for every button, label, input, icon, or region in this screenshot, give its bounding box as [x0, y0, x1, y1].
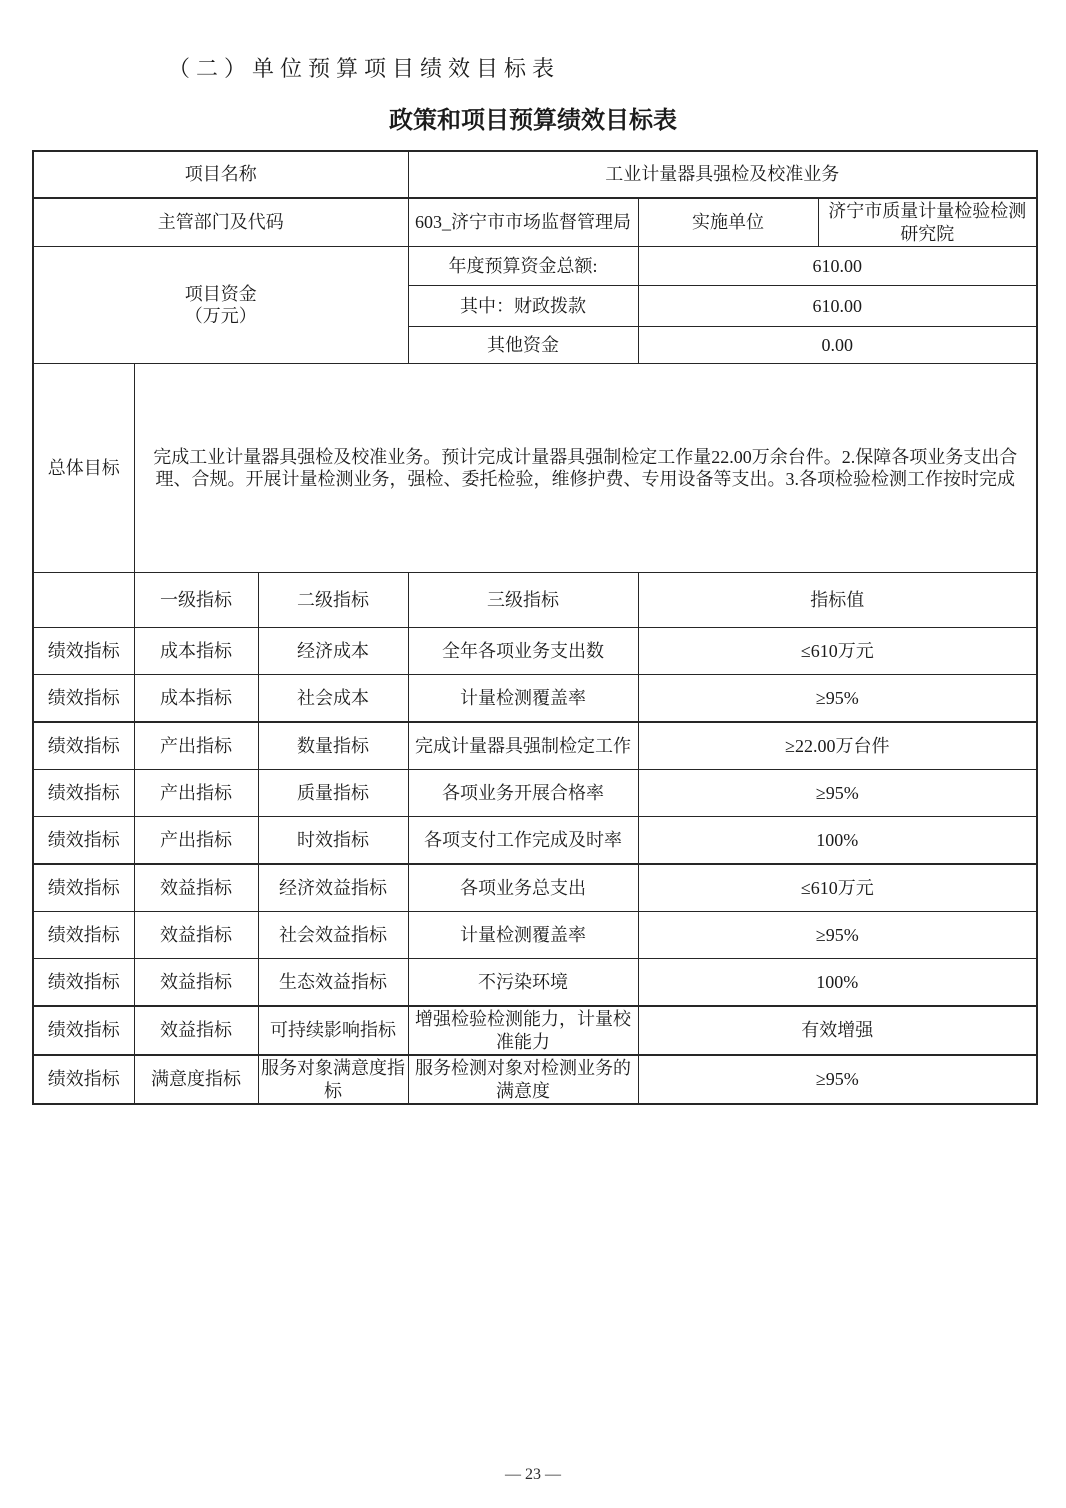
page-number: — 23 — — [0, 1466, 1066, 1484]
table-header-row: 一级指标 二级指标 三级指标 指标值 — [33, 573, 1037, 628]
cell-category: 绩效指标 — [33, 722, 134, 770]
cell-funds-label: 项目资金 （万元） — [33, 247, 408, 364]
section-heading: （二）单位预算项目绩效目标表 — [168, 52, 560, 83]
cell-value: 100% — [638, 817, 1037, 865]
cell-header-level1: 一级指标 — [134, 573, 258, 628]
cell-level3: 不污染环境 — [408, 959, 638, 1007]
cell-level1: 成本指标 — [134, 628, 258, 675]
cell-category: 绩效指标 — [33, 959, 134, 1007]
cell-budget-total-value: 610.00 — [638, 247, 1037, 286]
document-page: （二）单位预算项目绩效目标表 政策和项目预算绩效目标表 项目名称 工业计量器具强… — [0, 0, 1066, 1508]
table-row: 绩效指标 产出指标 时效指标 各项支付工作完成及时率 100% — [33, 817, 1037, 865]
cell-level3: 计量检测覆盖率 — [408, 675, 638, 723]
cell-level1: 效益指标 — [134, 1006, 258, 1055]
cell-value: ≥95% — [638, 770, 1037, 817]
cell-level2: 可持续影响指标 — [258, 1006, 408, 1055]
cell-overall-goal-text: 完成工业计量器具强检及校准业务。预计完成计量器具强制检定工作量22.00万余台件… — [134, 364, 1037, 573]
cell-budget-total-label: 年度预算资金总额: — [408, 247, 638, 286]
cell-level2: 社会效益指标 — [258, 912, 408, 959]
cell-dept-label: 主管部门及代码 — [33, 198, 408, 247]
cell-project-name-label: 项目名称 — [33, 151, 408, 198]
cell-category: 绩效指标 — [33, 770, 134, 817]
cell-level3: 各项支付工作完成及时率 — [408, 817, 638, 865]
cell-level1: 效益指标 — [134, 959, 258, 1007]
cell-project-name-value: 工业计量器具强检及校准业务 — [408, 151, 1037, 198]
funds-label-line1: 项目资金 — [36, 283, 406, 306]
cell-level2: 经济效益指标 — [258, 864, 408, 912]
cell-category: 绩效指标 — [33, 912, 134, 959]
cell-level3: 各项业务开展合格率 — [408, 770, 638, 817]
cell-value: ≥95% — [638, 1055, 1037, 1104]
cell-level2: 时效指标 — [258, 817, 408, 865]
cell-level2: 质量指标 — [258, 770, 408, 817]
cell-level3: 全年各项业务支出数 — [408, 628, 638, 675]
cell-other-value: 0.00 — [638, 327, 1037, 364]
cell-category: 绩效指标 — [33, 1006, 134, 1055]
cell-level1: 满意度指标 — [134, 1055, 258, 1104]
cell-category: 绩效指标 — [33, 1055, 134, 1104]
cell-level2: 数量指标 — [258, 722, 408, 770]
cell-category: 绩效指标 — [33, 675, 134, 723]
cell-impl-unit-value: 济宁市质量计量检验检测研究院 — [818, 198, 1037, 247]
table-row: 项目名称 工业计量器具强检及校准业务 — [33, 151, 1037, 198]
table-row: 绩效指标 满意度指标 服务对象满意度指标 服务检测对象对检测业务的满意度 ≥95… — [33, 1055, 1037, 1104]
cell-value: ≥22.00万台件 — [638, 722, 1037, 770]
cell-level1: 产出指标 — [134, 770, 258, 817]
cell-category: 绩效指标 — [33, 817, 134, 865]
table-row: 绩效指标 成本指标 社会成本 计量检测覆盖率 ≥95% — [33, 675, 1037, 723]
cell-level2: 生态效益指标 — [258, 959, 408, 1007]
cell-header-value: 指标值 — [638, 573, 1037, 628]
cell-value: ≤610万元 — [638, 628, 1037, 675]
performance-target-table: 项目名称 工业计量器具强检及校准业务 主管部门及代码 603_济宁市市场监督管理… — [32, 150, 1038, 1105]
cell-level3: 计量检测覆盖率 — [408, 912, 638, 959]
cell-overall-goal-label: 总体目标 — [33, 364, 134, 573]
cell-value: 有效增强 — [638, 1006, 1037, 1055]
cell-level3: 服务检测对象对检测业务的满意度 — [408, 1055, 638, 1104]
table-row: 绩效指标 产出指标 质量指标 各项业务开展合格率 ≥95% — [33, 770, 1037, 817]
table-row: 绩效指标 效益指标 社会效益指标 计量检测覆盖率 ≥95% — [33, 912, 1037, 959]
cell-level2: 经济成本 — [258, 628, 408, 675]
cell-impl-unit-label: 实施单位 — [638, 198, 818, 247]
cell-fiscal-label: 其中：财政拨款 — [408, 286, 638, 327]
table-row: 主管部门及代码 603_济宁市市场监督管理局 实施单位 济宁市质量计量检验检测研… — [33, 198, 1037, 247]
cell-header-level2: 二级指标 — [258, 573, 408, 628]
table-row: 绩效指标 效益指标 经济效益指标 各项业务总支出 ≤610万元 — [33, 864, 1037, 912]
cell-header-corner — [33, 573, 134, 628]
cell-level1: 产出指标 — [134, 817, 258, 865]
table-row: 绩效指标 效益指标 生态效益指标 不污染环境 100% — [33, 959, 1037, 1007]
cell-level3: 各项业务总支出 — [408, 864, 638, 912]
table-row: 项目资金 （万元） 年度预算资金总额: 610.00 — [33, 247, 1037, 286]
table-row: 绩效指标 产出指标 数量指标 完成计量器具强制检定工作 ≥22.00万台件 — [33, 722, 1037, 770]
cell-level2: 服务对象满意度指标 — [258, 1055, 408, 1104]
table-title: 政策和项目预算绩效目标表 — [0, 100, 1066, 135]
cell-level2: 社会成本 — [258, 675, 408, 723]
table-row: 绩效指标 成本指标 经济成本 全年各项业务支出数 ≤610万元 — [33, 628, 1037, 675]
table-row: 总体目标 完成工业计量器具强检及校准业务。预计完成计量器具强制检定工作量22.0… — [33, 364, 1037, 573]
table-row: 绩效指标 效益指标 可持续影响指标 增强检验检测能力，计量校准能力 有效增强 — [33, 1006, 1037, 1055]
cell-level3: 完成计量器具强制检定工作 — [408, 722, 638, 770]
cell-level3: 增强检验检测能力，计量校准能力 — [408, 1006, 638, 1055]
cell-header-level3: 三级指标 — [408, 573, 638, 628]
cell-value: ≥95% — [638, 675, 1037, 723]
cell-level1: 效益指标 — [134, 912, 258, 959]
cell-level1: 成本指标 — [134, 675, 258, 723]
cell-level1: 效益指标 — [134, 864, 258, 912]
cell-other-label: 其他资金 — [408, 327, 638, 364]
cell-value: 100% — [638, 959, 1037, 1007]
cell-category: 绩效指标 — [33, 628, 134, 675]
cell-value: ≤610万元 — [638, 864, 1037, 912]
funds-label-line2: （万元） — [36, 305, 406, 328]
cell-fiscal-value: 610.00 — [638, 286, 1037, 327]
cell-dept-value: 603_济宁市市场监督管理局 — [408, 198, 638, 247]
cell-category: 绩效指标 — [33, 864, 134, 912]
cell-level1: 产出指标 — [134, 722, 258, 770]
cell-value: ≥95% — [638, 912, 1037, 959]
